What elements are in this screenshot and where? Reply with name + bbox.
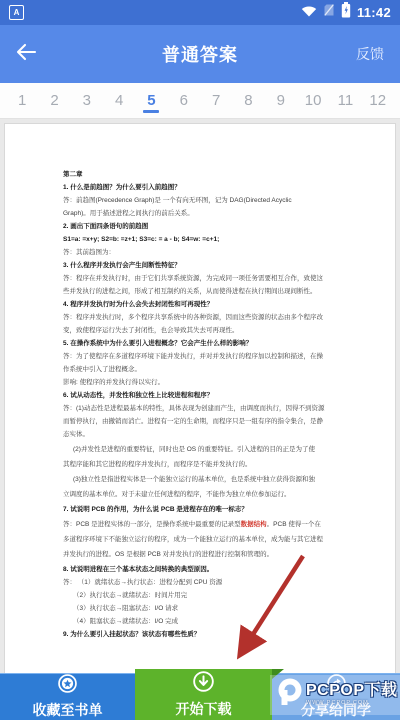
doc-line: 8. 试说明进程在三个基本状态之间转换的典型原因。 bbox=[63, 563, 363, 576]
doc-line: Graph)。用于描述进程之间执行的前后关系。 bbox=[63, 207, 363, 220]
back-button[interactable] bbox=[14, 44, 38, 64]
doc-line: （2）执行状态→就绪状态：时间片用完 bbox=[63, 589, 363, 602]
doc-line: 5. 在操作系统中为什么要引入进程概念？它会产生什么样的影响？ bbox=[63, 337, 363, 350]
tab-page-7[interactable]: 7 bbox=[200, 83, 232, 118]
doc-line: 答： （1）就绪状态→执行状态：进程分配到 CPU 资源 bbox=[63, 576, 363, 589]
app-header: 普通答案 反馈 bbox=[0, 25, 400, 83]
no-sim-icon bbox=[323, 3, 335, 22]
doc-line: 答：(1)动态性是进程最基本的特性，具体表现为创建而产生，由调度而执行，因得不到… bbox=[63, 402, 363, 415]
doc-line: 变，致使程序运行失去了封闭性，也会导致其失去可再现性。 bbox=[63, 324, 363, 337]
tab-page-8[interactable]: 8 bbox=[232, 83, 264, 118]
doc-line: 些并发执行的进程之间，形成了相互制约的关系，从而使得进程在执行期间出现间断性。 bbox=[63, 285, 363, 298]
doc-line: 答：PCB 是进程实体的一部分，是操作系统中最重要的记录型数据结构。PCB 使得… bbox=[63, 518, 363, 531]
doc-line: 作系统中引入了进程概念。 bbox=[63, 363, 363, 376]
watermark-subtext: WWW.PCPOP.COM bbox=[306, 701, 398, 707]
doc-line: （3）执行状态→阻塞状态：I/O 请求 bbox=[63, 602, 363, 615]
tab-page-6[interactable]: 6 bbox=[168, 83, 200, 118]
doc-line: (3)独立性是指进程实体是一个能独立运行的基本单位，也是系统中独立获得资源和独 bbox=[63, 473, 363, 486]
download-label: 开始下载 bbox=[176, 699, 232, 719]
app-screen: A 11:42 普通答案 bbox=[0, 0, 400, 720]
doc-line: S1=a: =x+y; S2=b: =z+1; S3=c: = a - b; S… bbox=[63, 233, 363, 246]
document-scroll-area[interactable]: 第二章1. 什么是前趋图？为什么要引入前趋图？答：前趋图(Precedence … bbox=[0, 119, 400, 674]
tab-page-3[interactable]: 3 bbox=[71, 83, 103, 118]
tab-page-11[interactable]: 11 bbox=[329, 83, 361, 118]
doc-line: 立调度的基本单位。对于未建立任何进程的程序，不能作为独立单位参加运行。 bbox=[63, 488, 363, 501]
doc-line: 3. 什么程序并发执行会产生间断性特征？ bbox=[63, 259, 363, 272]
tab-bar: 123456789101112 bbox=[0, 83, 400, 119]
pcpop-logo-icon bbox=[274, 677, 304, 714]
doc-line: 6. 试从动态性，并发性和独立性上比较进程和程序？ bbox=[63, 389, 363, 402]
doc-line: （4）阻塞状态→就绪状态：I/O 完成 bbox=[63, 615, 363, 628]
download-button[interactable]: 开始下载 bbox=[135, 669, 272, 720]
back-arrow-icon bbox=[15, 43, 37, 66]
doc-line: 答：为了使程序在多道程序环境下能并发执行，并对并发执行的程序加以控制和描述，在操 bbox=[63, 350, 363, 363]
clock: 11:42 bbox=[357, 5, 391, 20]
highlighted-term: 数据结构 bbox=[241, 521, 267, 528]
star-icon bbox=[58, 674, 77, 698]
watermark-text: PCPOP下载 bbox=[306, 683, 398, 699]
tab-page-9[interactable]: 9 bbox=[265, 83, 297, 118]
notification-icon: A bbox=[9, 5, 24, 20]
doc-line: 并发执行的进程。OS 是根据 PCB 对并发执行的进程进行控制和管理的。 bbox=[63, 548, 363, 561]
tab-page-5[interactable]: 5 bbox=[135, 83, 167, 118]
doc-line: 1. 什么是前趋图？为什么要引入前趋图？ bbox=[63, 181, 363, 194]
doc-line: 第二章 bbox=[63, 168, 363, 181]
doc-line: 7. 试说明 PCB 的作用，为什么说 PCB 是进程存在的唯一标志？ bbox=[63, 503, 363, 516]
doc-line: 影响: 使程序的并发执行得以实行。 bbox=[63, 376, 363, 389]
favorite-button[interactable]: 收藏至书单 bbox=[0, 674, 135, 720]
doc-line: 2. 画出下面四条语句的前趋图 bbox=[63, 220, 363, 233]
document-page: 第二章1. 什么是前趋图？为什么要引入前趋图？答：前趋图(Precedence … bbox=[4, 123, 396, 676]
battery-charging-icon bbox=[341, 2, 351, 23]
doc-line: 态实体。 bbox=[63, 428, 363, 441]
tab-page-10[interactable]: 10 bbox=[297, 83, 329, 118]
watermark: PCPOP下载 WWW.PCPOP.COM bbox=[270, 675, 400, 715]
doc-line: 答：其前趋图为： bbox=[63, 246, 363, 259]
tab-page-1[interactable]: 1 bbox=[6, 83, 38, 118]
tab-page-4[interactable]: 4 bbox=[103, 83, 135, 118]
page-title: 普通答案 bbox=[0, 41, 400, 67]
tab-page-12[interactable]: 12 bbox=[362, 83, 394, 118]
doc-line: 答：前趋图(Precedence Graph)是 一个有向无环图，记为 DAG(… bbox=[63, 194, 363, 207]
status-bar: A 11:42 bbox=[0, 0, 400, 25]
download-icon bbox=[193, 671, 214, 697]
doc-line: 9. 为什么要引入挂起状态？该状态有哪些性质？ bbox=[63, 628, 363, 641]
doc-line: 多道程序环境下不能独立运行的程序，成为一个能独立运行的基本单位，成为能与其它进程 bbox=[63, 533, 363, 546]
doc-line: 而暂停执行，由撤销而消亡。进程有一定的生命期，而程序只是一组有序的指令集合，是静 bbox=[63, 415, 363, 428]
doc-line: 答：程序并发执行时，多个程序共享系统中的各种资源，因而这些资源的状态由多个程序改 bbox=[63, 311, 363, 324]
favorite-label: 收藏至书单 bbox=[33, 700, 103, 720]
feedback-button[interactable]: 反馈 bbox=[356, 44, 384, 64]
wifi-icon bbox=[301, 4, 317, 22]
doc-line: 其程序能和其它进程的程序并发执行，而程序是不能并发执行的。 bbox=[63, 458, 363, 471]
doc-line: 4. 程序并发执行时为什么会失去封闭性和可再现性？ bbox=[63, 298, 363, 311]
doc-line: 答：程序在并发执行时，由于它们共享系统资源，为完成同一项任务需要相互合作，致使这 bbox=[63, 272, 363, 285]
tab-page-2[interactable]: 2 bbox=[38, 83, 70, 118]
doc-line: (2)并发性是进程的重要特征，同时也是 OS 的重要特征。引入进程的目的正是为了… bbox=[63, 443, 363, 456]
